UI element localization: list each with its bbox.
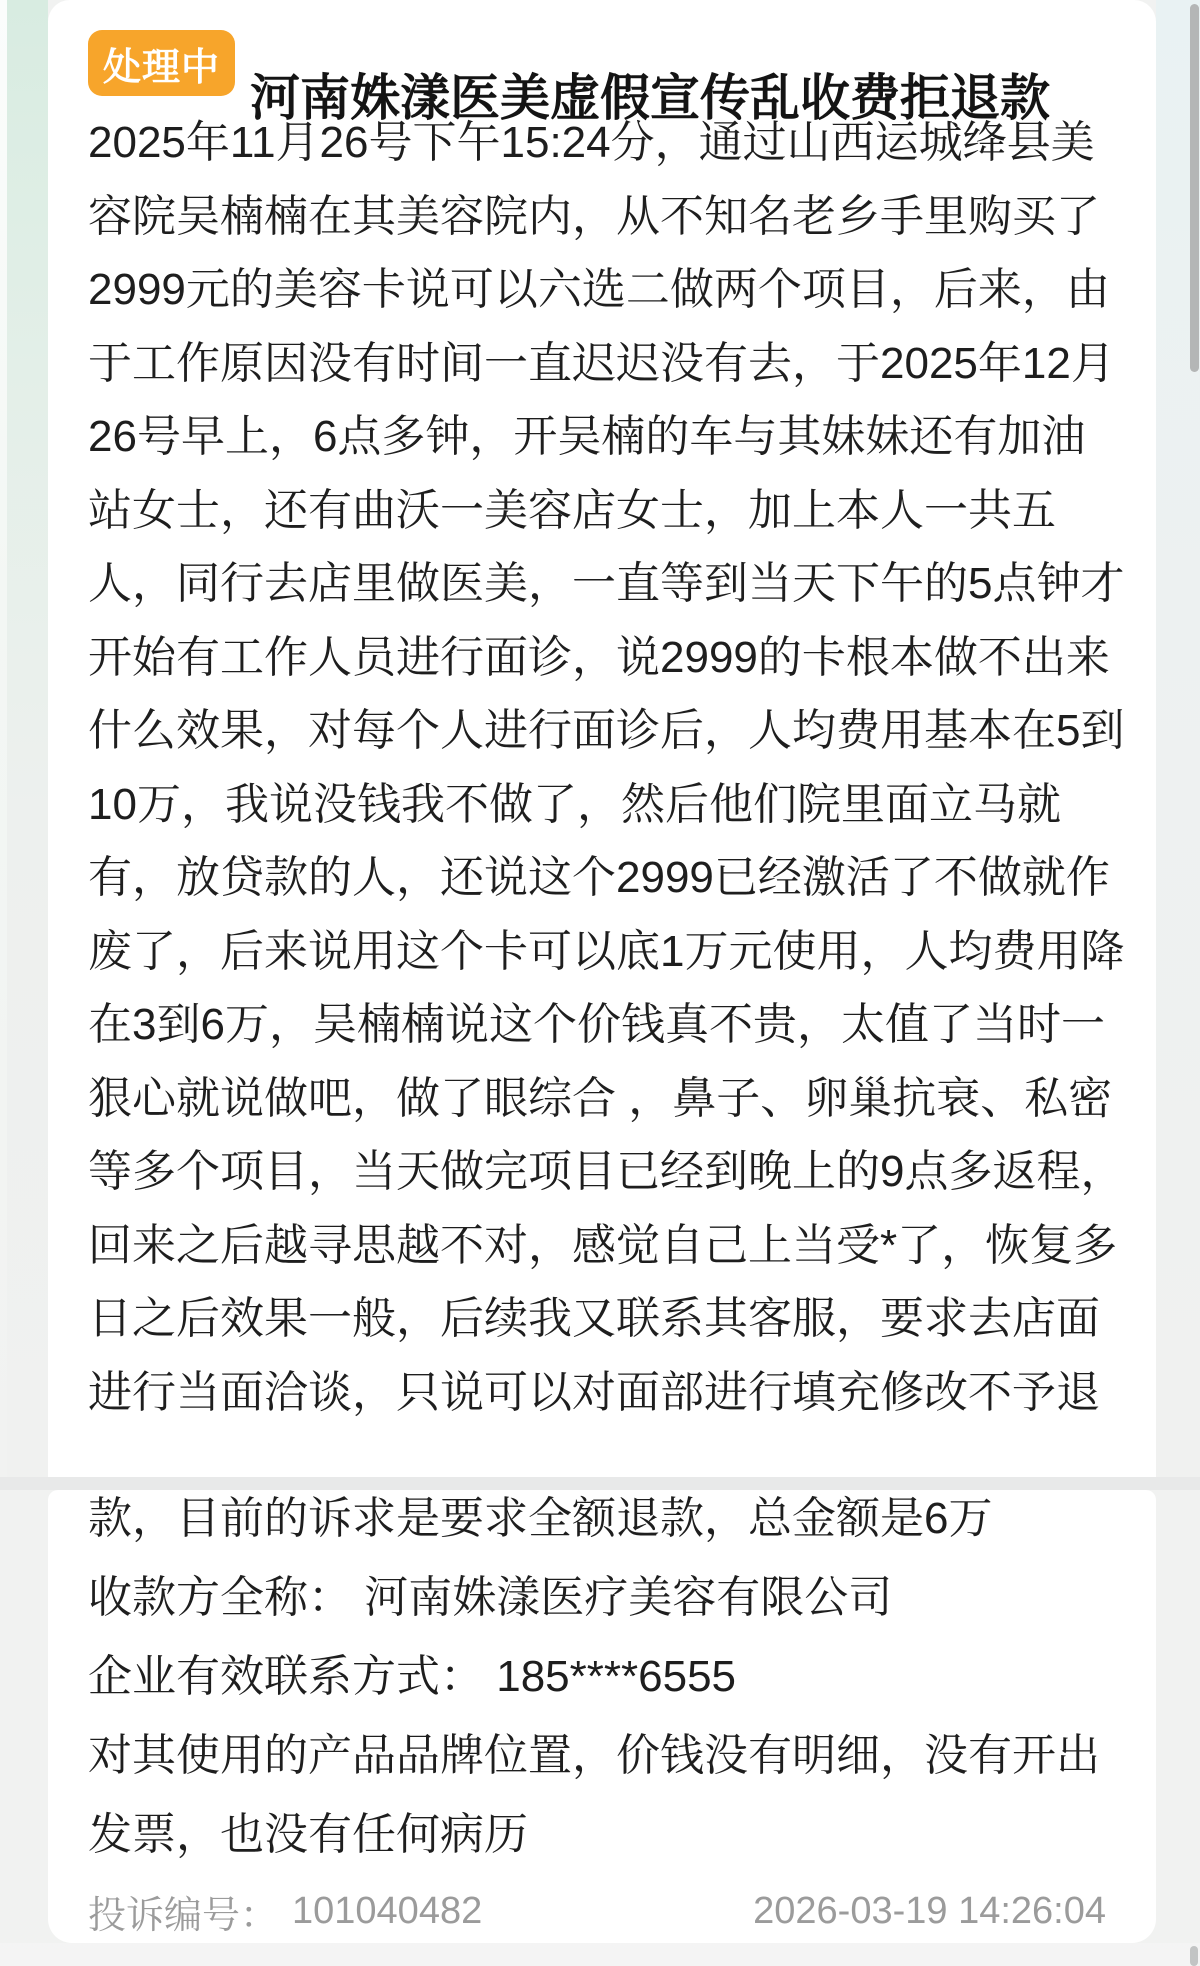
scrollbar-thumb-lower[interactable] — [1190, 1946, 1198, 1966]
page-bottom-strip — [0, 1943, 1200, 1966]
complaint-number-value: 101040482 — [292, 1890, 482, 1933]
complaint-body-text: 2025年11月26号下午15:24分，通过山西运城绛县美 容院吴楠楠在其美容院… — [88, 106, 1128, 1429]
footer: 投诉编号： 101040482 2026-03-19 14:26:04 — [88, 1884, 1106, 1939]
status-badge: 处理中 — [88, 30, 235, 96]
scrollbar-thumb[interactable] — [1190, 4, 1199, 372]
complaint-number: 投诉编号： 101040482 — [88, 1884, 482, 1939]
complaint-detail-page: { "page": { "status_badge": { "label": "… — [0, 0, 1200, 1966]
complaint-number-label: 投诉编号： — [88, 1884, 278, 1939]
complaint-details-text: 款，目前的诉求是要求全额退款，总金额是6万 收款方全称： 河南姝漾医疗美容有限公… — [88, 1479, 1128, 1874]
page-gutter-left-edge — [0, 0, 7, 1477]
complaint-timestamp: 2026-03-19 14:26:04 — [753, 1890, 1106, 1933]
page-gutter-left — [0, 0, 48, 1477]
